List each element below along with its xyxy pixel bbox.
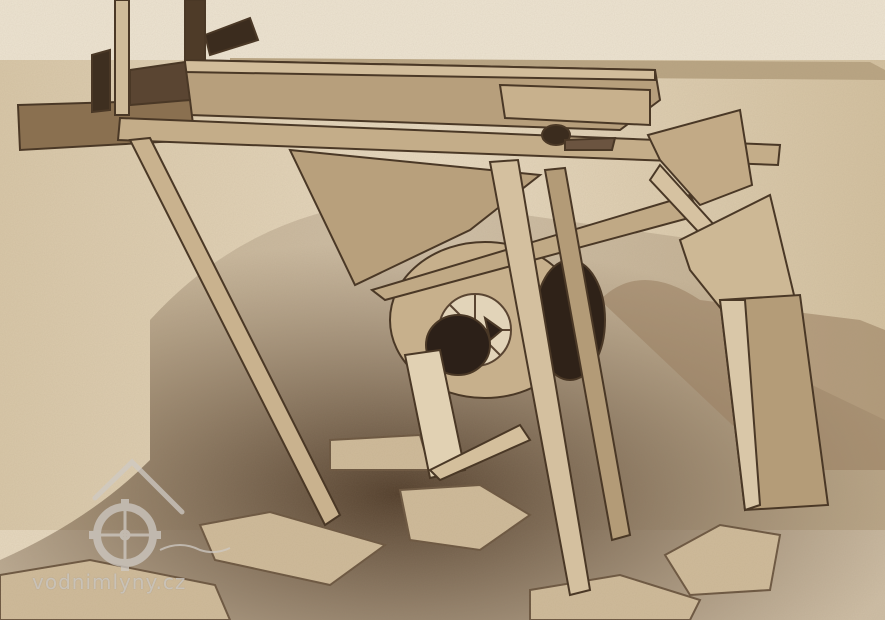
machine-scene [0,0,885,620]
watermark-text: vodnimlyny.cz [32,570,186,594]
photograph: vodnimlyny.cz Sepia photograph of a hist… [0,0,885,620]
